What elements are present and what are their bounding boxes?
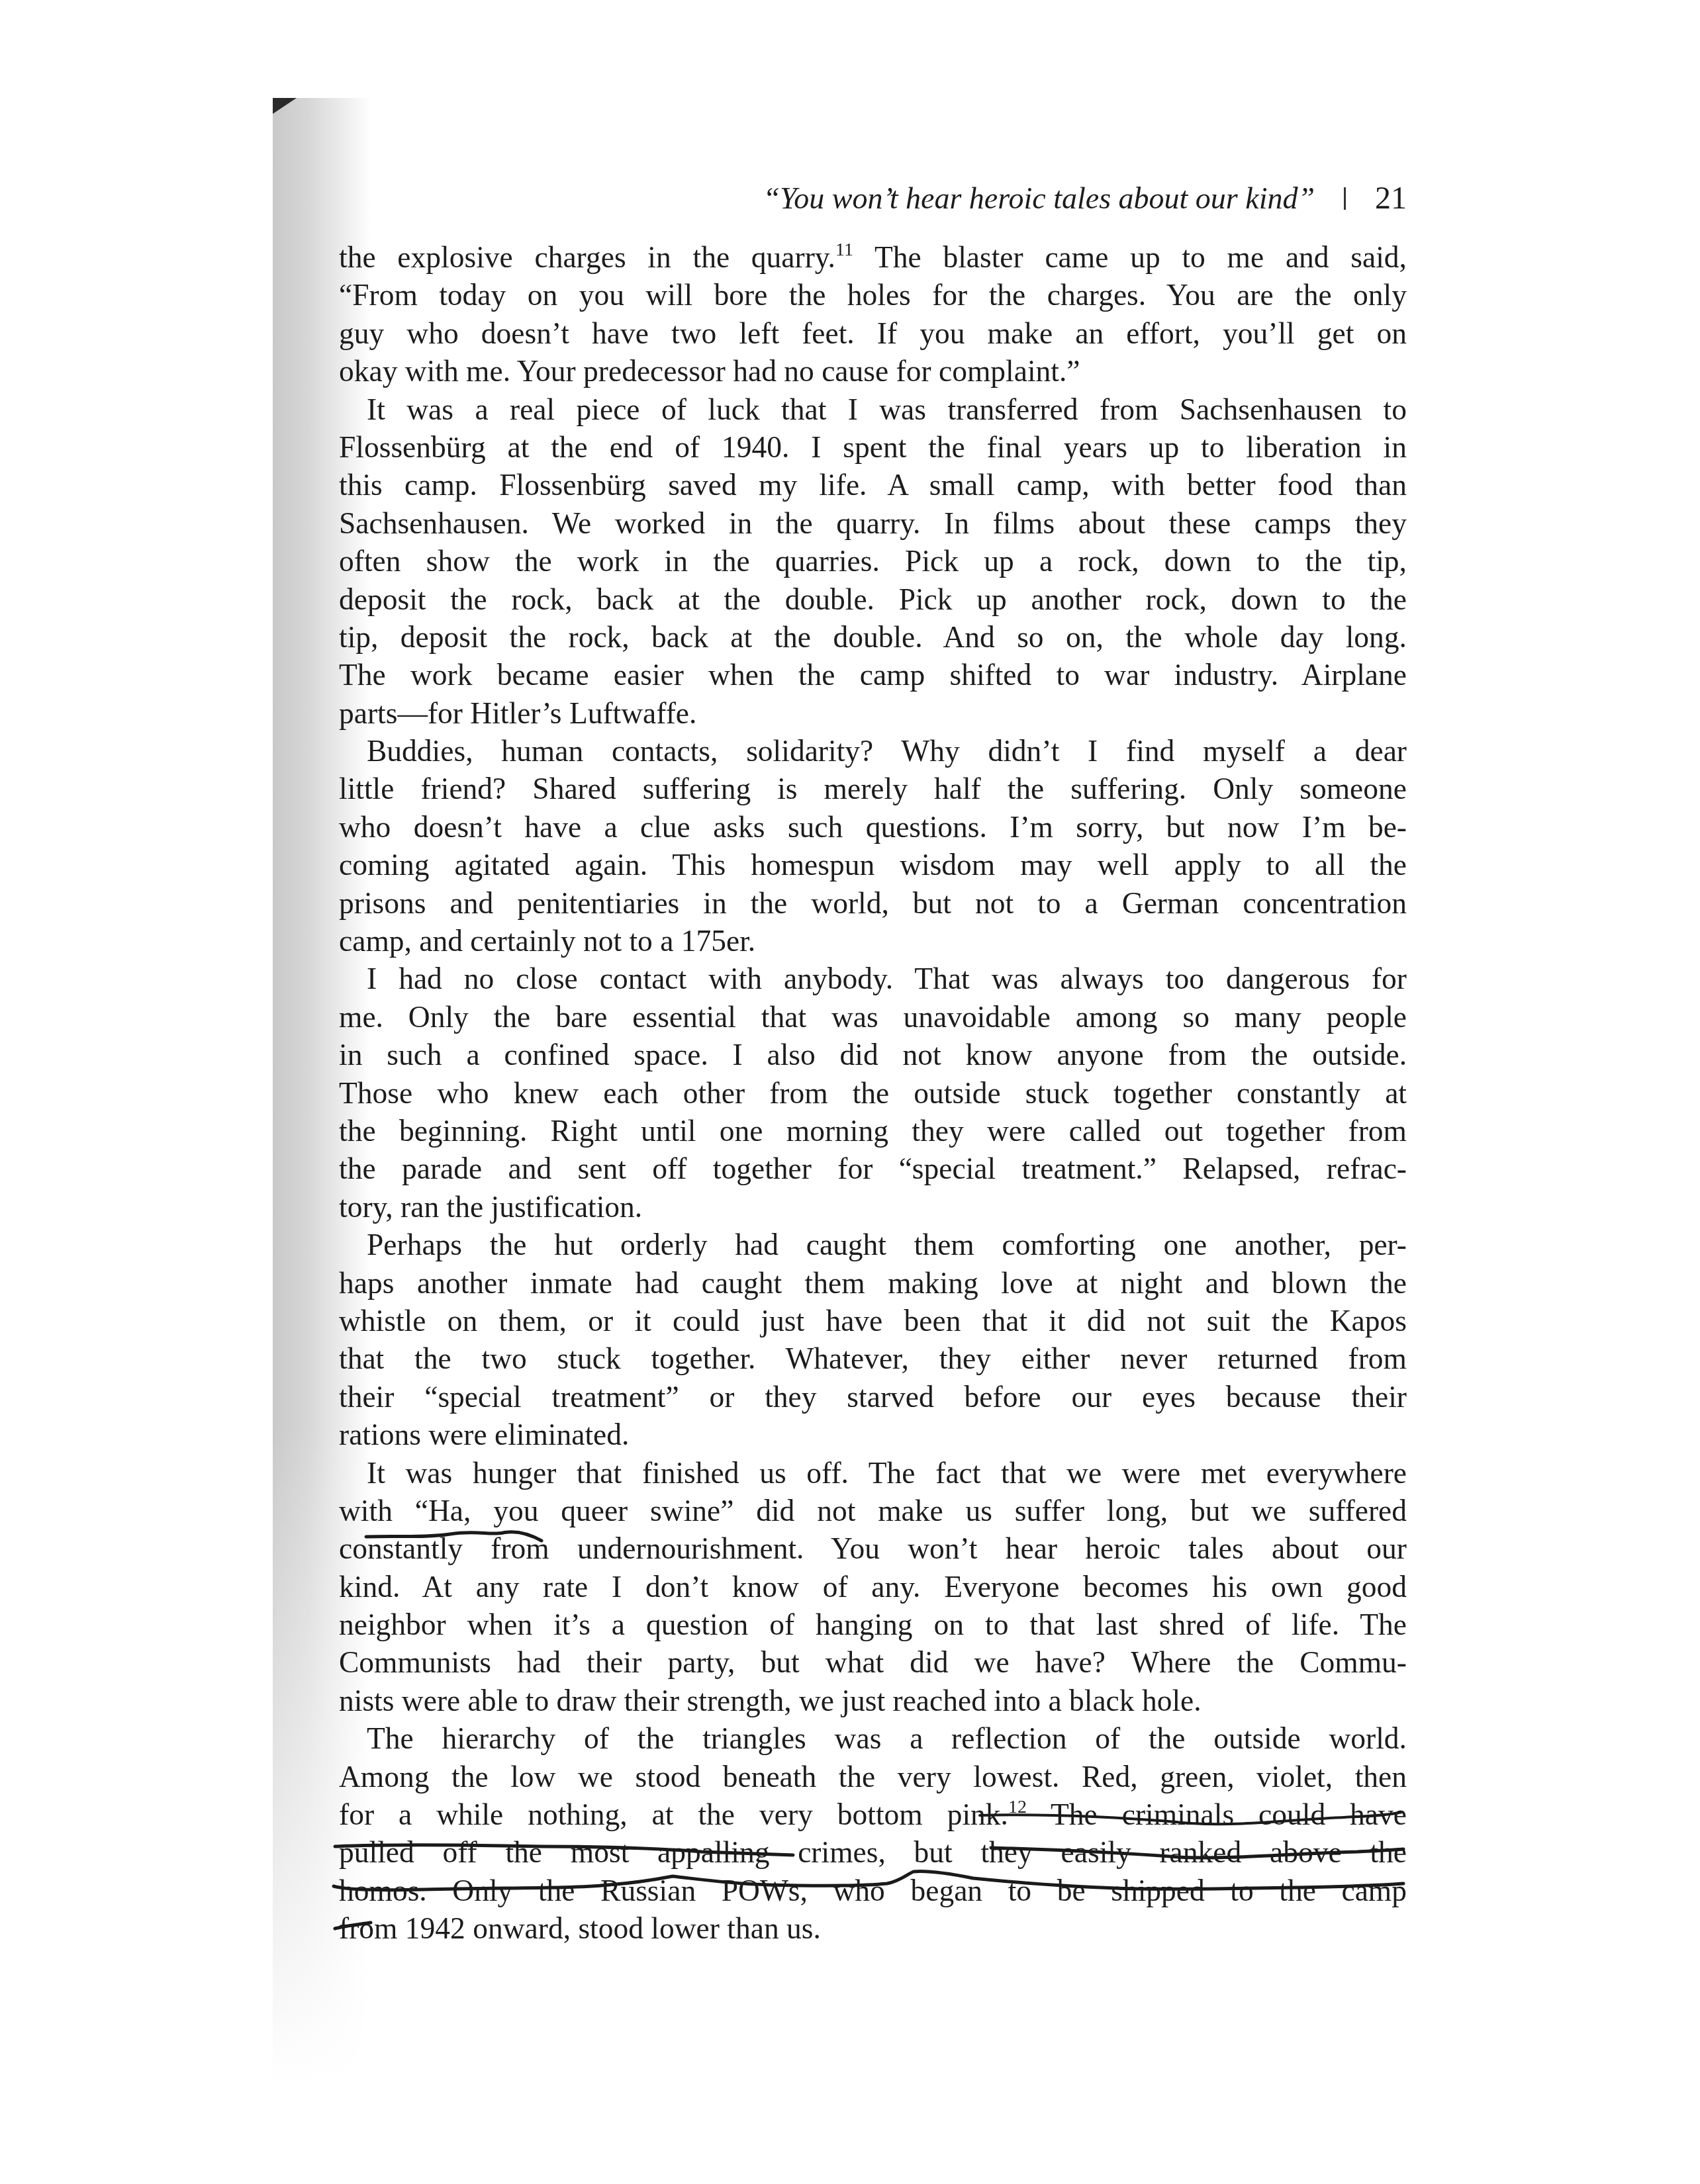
paragraph-start: I had no close contact with anybody. Tha… [339,960,1407,997]
text-line: rations were eliminated. [339,1416,1407,1453]
paragraph-start: It was hunger that finished us off. The … [339,1454,1407,1492]
text-line: neighbor when it’s a question of hanging… [339,1606,1407,1643]
text-line: coming agitated again. This homespun wis… [339,846,1407,884]
text-line: with “Ha, you queer swine” did not make … [339,1492,1407,1529]
text-line: Communists had their party, but what did… [339,1643,1407,1681]
text-line: tip, deposit the rock, back at the doubl… [339,618,1407,656]
text-line: tory, ran the justification. [339,1188,1407,1226]
text-line: pulled off the most appalling crimes, bu… [339,1833,1407,1871]
text-line: this camp. Flossenbürg saved my life. A … [339,466,1407,504]
text-line: prisons and penitentiaries in the world,… [339,884,1407,922]
scan-corner-mark [273,98,297,114]
text-line: Sachsenhausen. We worked in the quarry. … [339,504,1407,542]
text-line: guy who doesn’t have two left feet. If y… [339,314,1407,352]
text-line: the parade and sent off together for “sp… [339,1150,1407,1187]
text-line: nists were able to draw their strength, … [339,1682,1407,1719]
body-text: the explosive charges in the quarry.11 T… [339,238,1407,1948]
text-line: The work became easier when the camp shi… [339,656,1407,694]
text-line: parts—for Hitler’s Luftwaffe. [339,694,1407,732]
text-line: who doesn’t have a clue asks such questi… [339,808,1407,846]
text-line: me. Only the bare essential that was una… [339,998,1407,1036]
paragraph-start: It was a real piece of luck that I was t… [339,390,1407,428]
text-line: from 1942 onward, stood lower than us. [339,1909,1407,1947]
text-line: “From today on you will bore the holes f… [339,276,1407,314]
paragraph-start: The hierarchy of the triangles was a ref… [339,1719,1407,1757]
paragraph-start: Buddies, human contacts, solidarity? Why… [339,732,1407,770]
running-head: “You won’t hear heroic tales about our k… [763,179,1407,218]
text-line: for a while nothing, at the very bottom … [339,1796,1407,1833]
text-line: the beginning. Right until one morning t… [339,1112,1407,1150]
running-head-title: “You won’t hear heroic tales about our k… [763,179,1315,218]
text-line: whistle on them, or it could just have b… [339,1302,1407,1340]
text-line: camp, and certainly not to a 175er. [339,922,1407,960]
text-line: in such a confined space. I also did not… [339,1036,1407,1073]
text-line: haps another inmate had caught them maki… [339,1264,1407,1302]
text-line: constantly from undernourishment. You wo… [339,1529,1407,1567]
text-line: that the two stuck together. Whatever, t… [339,1340,1407,1377]
text-line: Flossenbürg at the end of 1940. I spent … [339,428,1407,466]
text-line: homos. Only the Russian POWs, who began … [339,1872,1407,1909]
text-line: deposit the rock, back at the double. Pi… [339,580,1407,618]
running-head-separator [1344,187,1346,210]
text-line: little friend? Shared suffering is merel… [339,770,1407,807]
text-line: the explosive charges in the quarry.11 T… [339,238,1407,276]
text-line: often show the work in the quarries. Pic… [339,542,1407,580]
text-line: kind. At any rate I don’t know of any. E… [339,1568,1407,1606]
text-line: Among the low we stood beneath the very … [339,1758,1407,1796]
footnote-ref-11[interactable]: 11 [835,240,853,260]
page-number: 21 [1375,179,1407,218]
text-line: okay with me. Your predecessor had no ca… [339,352,1407,390]
footnote-ref-12[interactable]: 12 [1008,1797,1027,1817]
paragraph-start: Perhaps the hut orderly had caught them … [339,1226,1407,1263]
text-line: Those who knew each other from the outsi… [339,1074,1407,1112]
text-line: their “special treatment” or they starve… [339,1378,1407,1416]
